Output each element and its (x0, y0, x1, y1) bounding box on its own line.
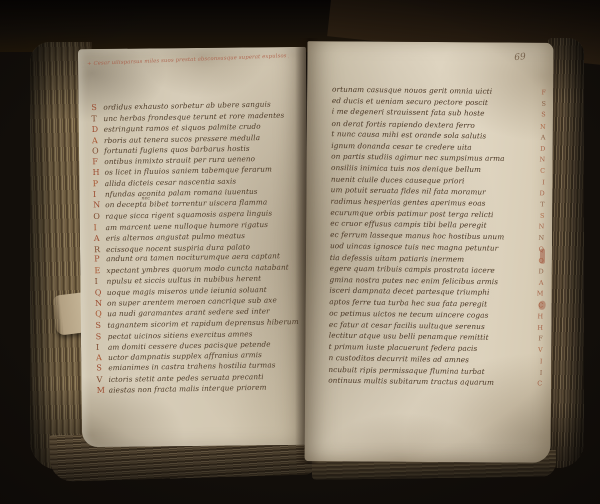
verse-initial: H (532, 325, 543, 332)
verse-initial: I (531, 369, 542, 376)
verse-initial: P (94, 256, 106, 264)
left-text-block: Sordidus exhausto sorbetur ab ubere sang… (91, 99, 302, 397)
verse-initial: O (92, 147, 104, 155)
verse-text: ecurumque orbis patimur post terga relic… (330, 208, 493, 219)
verse-initial: D (92, 126, 104, 134)
verse-text: ncubuit ripis permissaque flumina turbat (328, 365, 484, 376)
verse-initial: N (534, 156, 545, 163)
verse-text: um potuit seruata fides nil fata moramur (331, 185, 486, 196)
verse-initial: F (532, 335, 543, 342)
verse-initial: I (534, 179, 545, 186)
verse-initial: S (96, 365, 108, 373)
verse-text: ortunam casusque nouos gerit omnia uicti (332, 85, 492, 96)
verse-initial: O (93, 213, 105, 221)
verse-text: rboris aut tenera sucos pressere medulla (104, 133, 260, 145)
verse-initial: I (531, 358, 542, 365)
manuscript-photo: + Cesar uilisparsus miles suos prestat a… (0, 0, 600, 504)
verse-text: on decepta bibet torrentur uiscera flamm… (105, 197, 267, 209)
verse-initial: D (534, 146, 545, 153)
verse-text: pectat uicinos sitiens exercitus amnes (108, 329, 253, 341)
verse-text: on derat fortis rapiendo dextera ferro (332, 119, 475, 130)
verse-initial: M (532, 291, 543, 298)
verse-initial: S (96, 333, 108, 341)
verse-initial: C (531, 380, 542, 387)
verse-initial: I (95, 278, 107, 286)
verse-initial: Q (95, 310, 107, 318)
verse-text: ontibus inmixto strauit per rura ueneno (104, 155, 255, 167)
rubric-header: + Cesar uilisparsus miles suos prestat a… (87, 53, 289, 67)
verse-initial: A (94, 234, 106, 242)
verse-text: aptos ferre tua turba hec sua fata pereg… (329, 297, 487, 308)
verse-initial: F (535, 89, 546, 96)
verse-initial: A (532, 280, 543, 287)
verse-initial: Q (95, 289, 107, 297)
margin-mark (540, 249, 545, 264)
verse-text: ed ducis et ueniam securo pectore poscit (332, 96, 488, 107)
verse-text: t nunc causa mihi est orande sola saluti… (331, 129, 486, 140)
verse-initial: N (95, 300, 107, 308)
verse-initial: N (535, 123, 546, 130)
verse-text: gmina nostra putes nec enim felicibus ar… (329, 275, 498, 286)
verse-initial: A (534, 134, 545, 141)
verse-initial: A (96, 355, 108, 363)
verse-initial: E (94, 267, 106, 275)
verse-text: ignum donanda cesar te credere uita (331, 141, 472, 152)
verse-initial: I (96, 343, 108, 351)
verse-initial: I (93, 191, 105, 199)
right-page: 69 ortunam casusque nouos gerit omnia ui… (305, 41, 554, 463)
verse-text: emianimes in castra trahens hostilia tur… (108, 361, 275, 373)
verse-text: ec fatur at cesar facilis uultuque seren… (329, 320, 485, 331)
verse-initial: S (533, 213, 544, 220)
verse-initial: C (534, 168, 545, 175)
verse-initial: D (533, 268, 544, 275)
verse-initial: H (92, 169, 104, 177)
interlinear-gloss: nec (141, 196, 150, 201)
verse-text: uod uincas ignosce tuis nec magna petunt… (330, 241, 498, 253)
right-text-block: ortunam casusque nouos gerit omnia uicti… (328, 85, 546, 390)
verse-text: ec ferrum lasseque manus hoc hostibus un… (330, 230, 504, 241)
margin-mark (539, 301, 546, 310)
verse-text: tia defessis uitam patiaris inermem (330, 253, 465, 264)
verse-initial: S (91, 104, 103, 112)
verse-initial: T (533, 201, 544, 208)
verse-initial: T (91, 115, 103, 123)
verse-initial: H (532, 313, 543, 320)
folio-number: 69 (514, 52, 526, 63)
verse-text: ua nudi garamantes arant sedere sed inte… (107, 306, 270, 318)
verse-initial: D (534, 190, 545, 197)
verse-text: xpectant ymbres quorum modo cuncta natab… (106, 263, 288, 275)
verse-text: ictoris stetit ante pedes seruata precan… (108, 372, 263, 384)
verse-initial: P (93, 180, 105, 188)
verse-initial: M (97, 387, 109, 395)
verse-initial: A (92, 137, 104, 145)
verse-initial: I (94, 224, 106, 232)
verse-initial: V (532, 347, 543, 354)
verse-initial: N (533, 224, 544, 231)
verse-initial: N (93, 201, 105, 209)
verse-initial: V (96, 376, 108, 384)
verse-text: ordidus exhausto sorbetur ab ubere sangu… (103, 100, 271, 112)
verse-initial: R (94, 246, 106, 254)
fore-edge-right-page-stack (548, 38, 584, 468)
verse-initial: S (95, 322, 107, 330)
verse-initial: S (535, 101, 546, 108)
verse-text: fortunati fugiens quos barbarus hostis (104, 143, 250, 154)
verse-text: n custoditos decurrit miles ad amnes (328, 353, 469, 364)
verse-text: andunt ora tamen nociturumque aera capta… (106, 252, 280, 264)
left-page: + Cesar uilisparsus miles suos prestat a… (78, 47, 310, 447)
verse-initial: F (92, 159, 104, 167)
verse-text: am marcent uene nulloque humore rigatus (106, 220, 269, 232)
verse-text: t primum iuste placuerunt federa pacis (329, 342, 478, 353)
verse-text: uoque magis miseros unde ieiunia soluant (107, 285, 267, 297)
verse-initial: N (533, 235, 544, 242)
verse-text: allida dicteis cesar nascentia saxis (105, 177, 237, 189)
verse-text: onsiliis inimica tuis nos denique bellum (331, 163, 481, 174)
verse-initial: S (535, 112, 546, 119)
